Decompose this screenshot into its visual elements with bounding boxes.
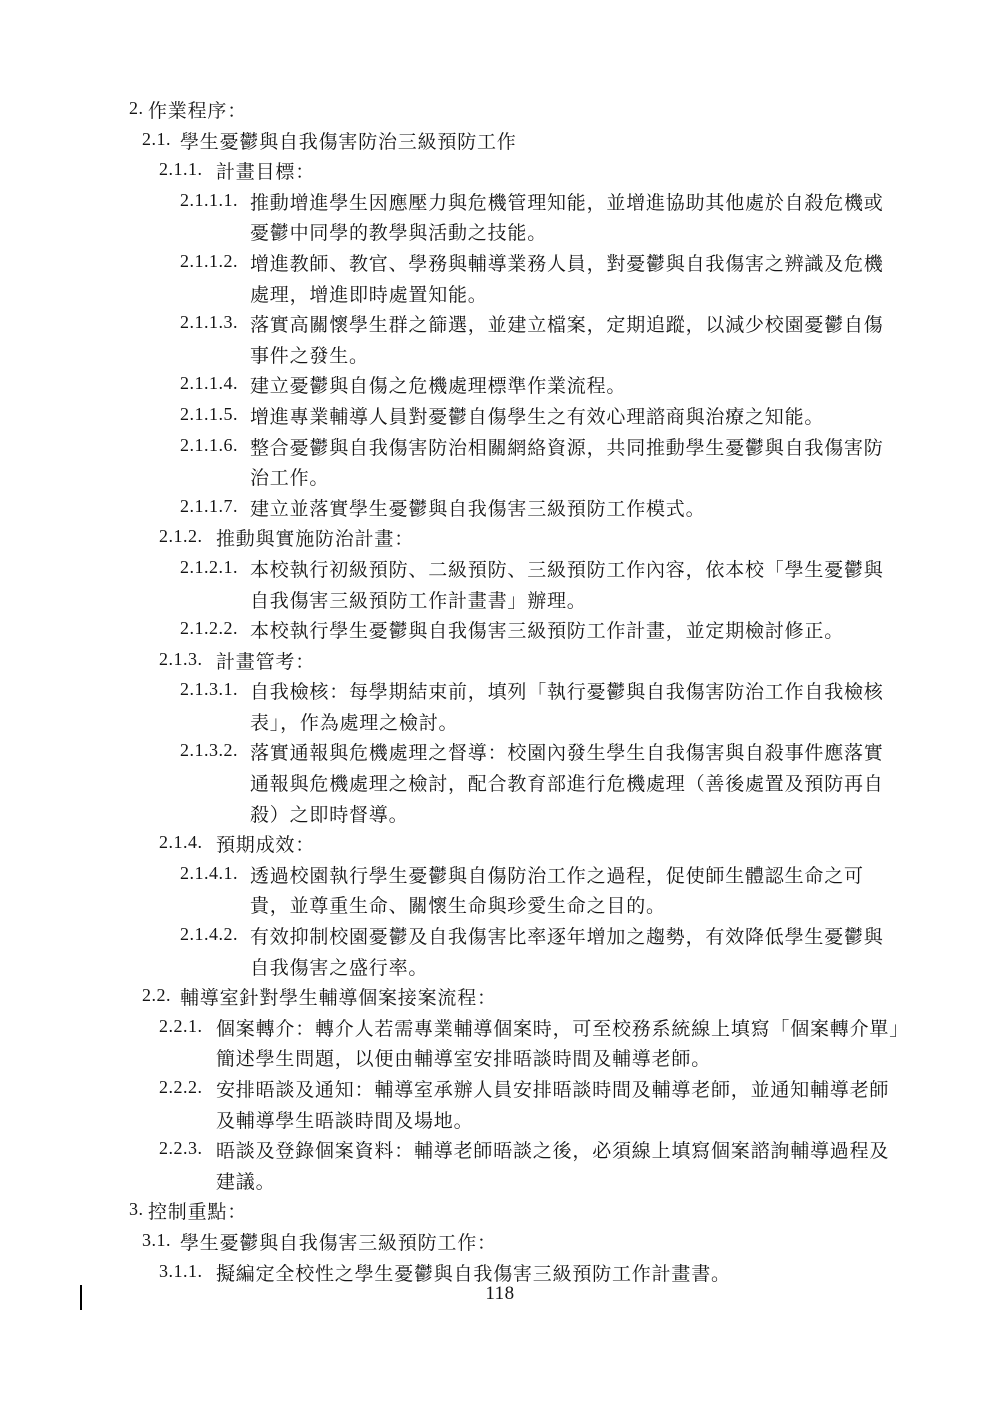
list-item-line: 2.1.4.2.有效抑制校園憂鬱及自我傷害比率逐年增加之趨勢，有效降低學生憂鬱與 xyxy=(0,922,1000,953)
item-number: 2.1.1.7. xyxy=(180,496,238,517)
item-number: 2.1. xyxy=(142,129,171,150)
item-text: 有效抑制校園憂鬱及自我傷害比率逐年增加之趨勢，有效降低學生憂鬱與 xyxy=(250,922,884,949)
list-item-line: 2.2.2.安排晤談及通知：輔導室承辦人員安排晤談時間及輔導老師，並通知輔導老師 xyxy=(0,1075,1000,1106)
list-item-line: 2.1.1.2.增進教師、教官、學務與輔導業務人員，對憂鬱與自我傷害之辨識及危機 xyxy=(0,249,1000,280)
list-item-line: 2.作業程序： xyxy=(0,96,1000,127)
list-item-line: 建議。 xyxy=(0,1167,1000,1198)
item-number: 2. xyxy=(129,98,144,119)
item-text: 學生憂鬱與自我傷害三級預防工作： xyxy=(180,1228,497,1255)
list-item-line: 通報與危機處理之檢討，配合教育部進行危機處理（善後處置及預防再自 xyxy=(0,769,1000,800)
item-text: 增進教師、教官、學務與輔導業務人員，對憂鬱與自我傷害之辨識及危機 xyxy=(250,249,884,276)
item-number: 2.2. xyxy=(142,985,171,1006)
item-number: 2.1.1.3. xyxy=(180,312,238,333)
item-text: 擬編定全校性之學生憂鬱與自我傷害三級預防工作計畫書。 xyxy=(216,1259,731,1286)
list-item-line: 2.1.1.6.整合憂鬱與自我傷害防治相關網絡資源，共同推動學生憂鬱與自我傷害防 xyxy=(0,433,1000,464)
list-item-line: 貴，並尊重生命、關懷生命與珍愛生命之目的。 xyxy=(0,891,1000,922)
item-number: 3.1.1. xyxy=(159,1261,203,1282)
item-text: 晤談及登錄個案資料：輔導老師晤談之後，必須線上填寫個案諮詢輔導過程及 xyxy=(216,1136,889,1163)
item-text: 安排晤談及通知：輔導室承辦人員安排晤談時間及輔導老師，並通知輔導老師 xyxy=(216,1075,889,1102)
item-text: 處理，增進即時處置知能。 xyxy=(250,280,488,307)
list-item-line: 2.1.學生憂鬱與自我傷害防治三級預防工作 xyxy=(0,127,1000,158)
item-text: 簡述學生問題，以便由輔導室安排晤談時間及輔導老師。 xyxy=(216,1044,711,1071)
item-text: 建立憂鬱與自傷之危機處理標準作業流程。 xyxy=(250,371,626,398)
item-number: 2.1.1.6. xyxy=(180,435,238,456)
list-item-line: 2.1.3.1.自我檢核：每學期結束前，填列「執行憂鬱與自我傷害防治工作自我檢核 xyxy=(0,677,1000,708)
item-text: 建立並落實學生憂鬱與自我傷害三級預防工作模式。 xyxy=(250,494,705,521)
item-text: 貴，並尊重生命、關懷生命與珍愛生命之目的。 xyxy=(250,891,666,918)
item-text: 推動增進學生因應壓力與危機管理知能，並增進協助其他處於自殺危機或 xyxy=(250,188,884,215)
list-item-line: 憂鬱中同學的教學與活動之技能。 xyxy=(0,218,1000,249)
item-text: 學生憂鬱與自我傷害防治三級預防工作 xyxy=(180,127,517,154)
item-text: 本校執行初級預防、二級預防、三級預防工作內容，依本校「學生憂鬱與 xyxy=(250,555,884,582)
item-text: 本校執行學生憂鬱與自我傷害三級預防工作計畫，並定期檢討修正。 xyxy=(250,616,844,643)
list-item-line: 自我傷害之盛行率。 xyxy=(0,953,1000,984)
list-item-line: 2.1.3.計畫管考： xyxy=(0,647,1000,678)
item-number: 2.1.4.2. xyxy=(180,924,238,945)
list-item-line: 事件之發生。 xyxy=(0,341,1000,372)
item-text: 推動與實施防治計畫： xyxy=(216,524,414,551)
item-number: 2.1.3. xyxy=(159,649,203,670)
item-text: 憂鬱中同學的教學與活動之技能。 xyxy=(250,218,547,245)
list-item-line: 2.1.1.3.落實高關懷學生群之篩選，並建立檔案，定期追蹤，以減少校園憂鬱自傷 xyxy=(0,310,1000,341)
item-text: 落實通報與危機處理之督導：校園內發生學生自我傷害與自殺事件應落實 xyxy=(250,738,884,765)
document-body: 2.作業程序：2.1.學生憂鬱與自我傷害防治三級預防工作2.1.1.計畫目標：2… xyxy=(0,96,1000,1289)
item-text: 落實高關懷學生群之篩選，並建立檔案，定期追蹤，以減少校園憂鬱自傷 xyxy=(250,310,884,337)
item-text: 作業程序： xyxy=(148,96,247,123)
item-number: 2.1.3.2. xyxy=(180,740,238,761)
list-item-line: 2.2.3.晤談及登錄個案資料：輔導老師晤談之後，必須線上填寫個案諮詢輔導過程及 xyxy=(0,1136,1000,1167)
list-item-line: 自我傷害三級預防工作計畫書」辦理。 xyxy=(0,586,1000,617)
list-item-line: 表」，作為處理之檢討。 xyxy=(0,708,1000,739)
list-item-line: 處理，增進即時處置知能。 xyxy=(0,280,1000,311)
item-number: 3.1. xyxy=(142,1230,171,1251)
item-number: 2.2.3. xyxy=(159,1138,203,1159)
item-number: 2.1.1.1. xyxy=(180,190,238,211)
item-text: 自我傷害之盛行率。 xyxy=(250,953,428,980)
list-item-line: 殺）之即時督導。 xyxy=(0,800,1000,831)
item-number: 2.1.3.1. xyxy=(180,679,238,700)
list-item-line: 2.1.1.7.建立並落實學生憂鬱與自我傷害三級預防工作模式。 xyxy=(0,494,1000,525)
list-item-line: 簡述學生問題，以便由輔導室安排晤談時間及輔導老師。 xyxy=(0,1044,1000,1075)
item-text: 通報與危機處理之檢討，配合教育部進行危機處理（善後處置及預防再自 xyxy=(250,769,884,796)
item-number: 2.1.1.5. xyxy=(180,404,238,425)
item-text: 計畫管考： xyxy=(216,647,315,674)
item-number: 2.1.2.2. xyxy=(180,618,238,639)
list-item-line: 2.1.1.4.建立憂鬱與自傷之危機處理標準作業流程。 xyxy=(0,371,1000,402)
item-number: 2.2.1. xyxy=(159,1016,203,1037)
list-item-line: 2.1.2.推動與實施防治計畫： xyxy=(0,524,1000,555)
item-text: 建議。 xyxy=(216,1167,275,1194)
list-item-line: 2.1.4.1.透過校園執行學生憂鬱與自傷防治工作之過程，促使師生體認生命之可 xyxy=(0,861,1000,892)
item-text: 透過校園執行學生憂鬱與自傷防治工作之過程，促使師生體認生命之可 xyxy=(250,861,864,888)
list-item-line: 治工作。 xyxy=(0,463,1000,494)
list-item-line: 2.1.1.1.推動增進學生因應壓力與危機管理知能，並增進協助其他處於自殺危機或 xyxy=(0,188,1000,219)
list-item-line: 2.1.1.5.增進專業輔導人員對憂鬱自傷學生之有效心理諮商與治療之知能。 xyxy=(0,402,1000,433)
list-item-line: 2.1.4.預期成效： xyxy=(0,830,1000,861)
item-number: 2.1.1. xyxy=(159,159,203,180)
list-item-line: 2.1.1.計畫目標： xyxy=(0,157,1000,188)
item-number: 2.1.4.1. xyxy=(180,863,238,884)
item-text: 治工作。 xyxy=(250,463,329,490)
list-item-line: 2.2.1.個案轉介：轉介人若需專業輔導個案時，可至校務系統線上填寫「個案轉介單… xyxy=(0,1014,1000,1045)
list-item-line: 2.1.2.2.本校執行學生憂鬱與自我傷害三級預防工作計畫，並定期檢討修正。 xyxy=(0,616,1000,647)
page-number: 118 xyxy=(0,1283,1000,1305)
item-text: 殺）之即時督導。 xyxy=(250,800,408,827)
item-text: 及輔導學生晤談時間及場地。 xyxy=(216,1106,473,1133)
item-number: 2.1.4. xyxy=(159,832,203,853)
item-text: 增進專業輔導人員對憂鬱自傷學生之有效心理諮商與治療之知能。 xyxy=(250,402,824,429)
item-text: 控制重點： xyxy=(148,1197,247,1224)
item-text: 輔導室針對學生輔導個案接案流程： xyxy=(180,983,497,1010)
item-text: 預期成效： xyxy=(216,830,315,857)
document-page: 2.作業程序：2.1.學生憂鬱與自我傷害防治三級預防工作2.1.1.計畫目標：2… xyxy=(0,0,1000,1415)
item-number: 2.1.1.4. xyxy=(180,373,238,394)
item-text: 自我檢核：每學期結束前，填列「執行憂鬱與自我傷害防治工作自我檢核 xyxy=(250,677,884,704)
list-item-line: 2.1.2.1.本校執行初級預防、二級預防、三級預防工作內容，依本校「學生憂鬱與 xyxy=(0,555,1000,586)
list-item-line: 3.控制重點： xyxy=(0,1197,1000,1228)
list-item-line: 2.1.3.2.落實通報與危機處理之督導：校園內發生學生自我傷害與自殺事件應落實 xyxy=(0,738,1000,769)
item-text: 事件之發生。 xyxy=(250,341,369,368)
item-number: 2.2.2. xyxy=(159,1077,203,1098)
item-text: 個案轉介：轉介人若需專業輔導個案時，可至校務系統線上填寫「個案轉介單」 xyxy=(216,1014,909,1041)
item-number: 2.1.2.1. xyxy=(180,557,238,578)
list-item-line: 及輔導學生晤談時間及場地。 xyxy=(0,1106,1000,1137)
item-number: 2.1.1.2. xyxy=(180,251,238,272)
list-item-line: 3.1.學生憂鬱與自我傷害三級預防工作： xyxy=(0,1228,1000,1259)
item-text: 計畫目標： xyxy=(216,157,315,184)
item-number: 2.1.2. xyxy=(159,526,203,547)
item-text: 整合憂鬱與自我傷害防治相關網絡資源，共同推動學生憂鬱與自我傷害防 xyxy=(250,433,884,460)
list-item-line: 2.2.輔導室針對學生輔導個案接案流程： xyxy=(0,983,1000,1014)
item-number: 3. xyxy=(129,1199,144,1220)
item-text: 表」，作為處理之檢討。 xyxy=(250,708,458,735)
item-text: 自我傷害三級預防工作計畫書」辦理。 xyxy=(250,586,587,613)
